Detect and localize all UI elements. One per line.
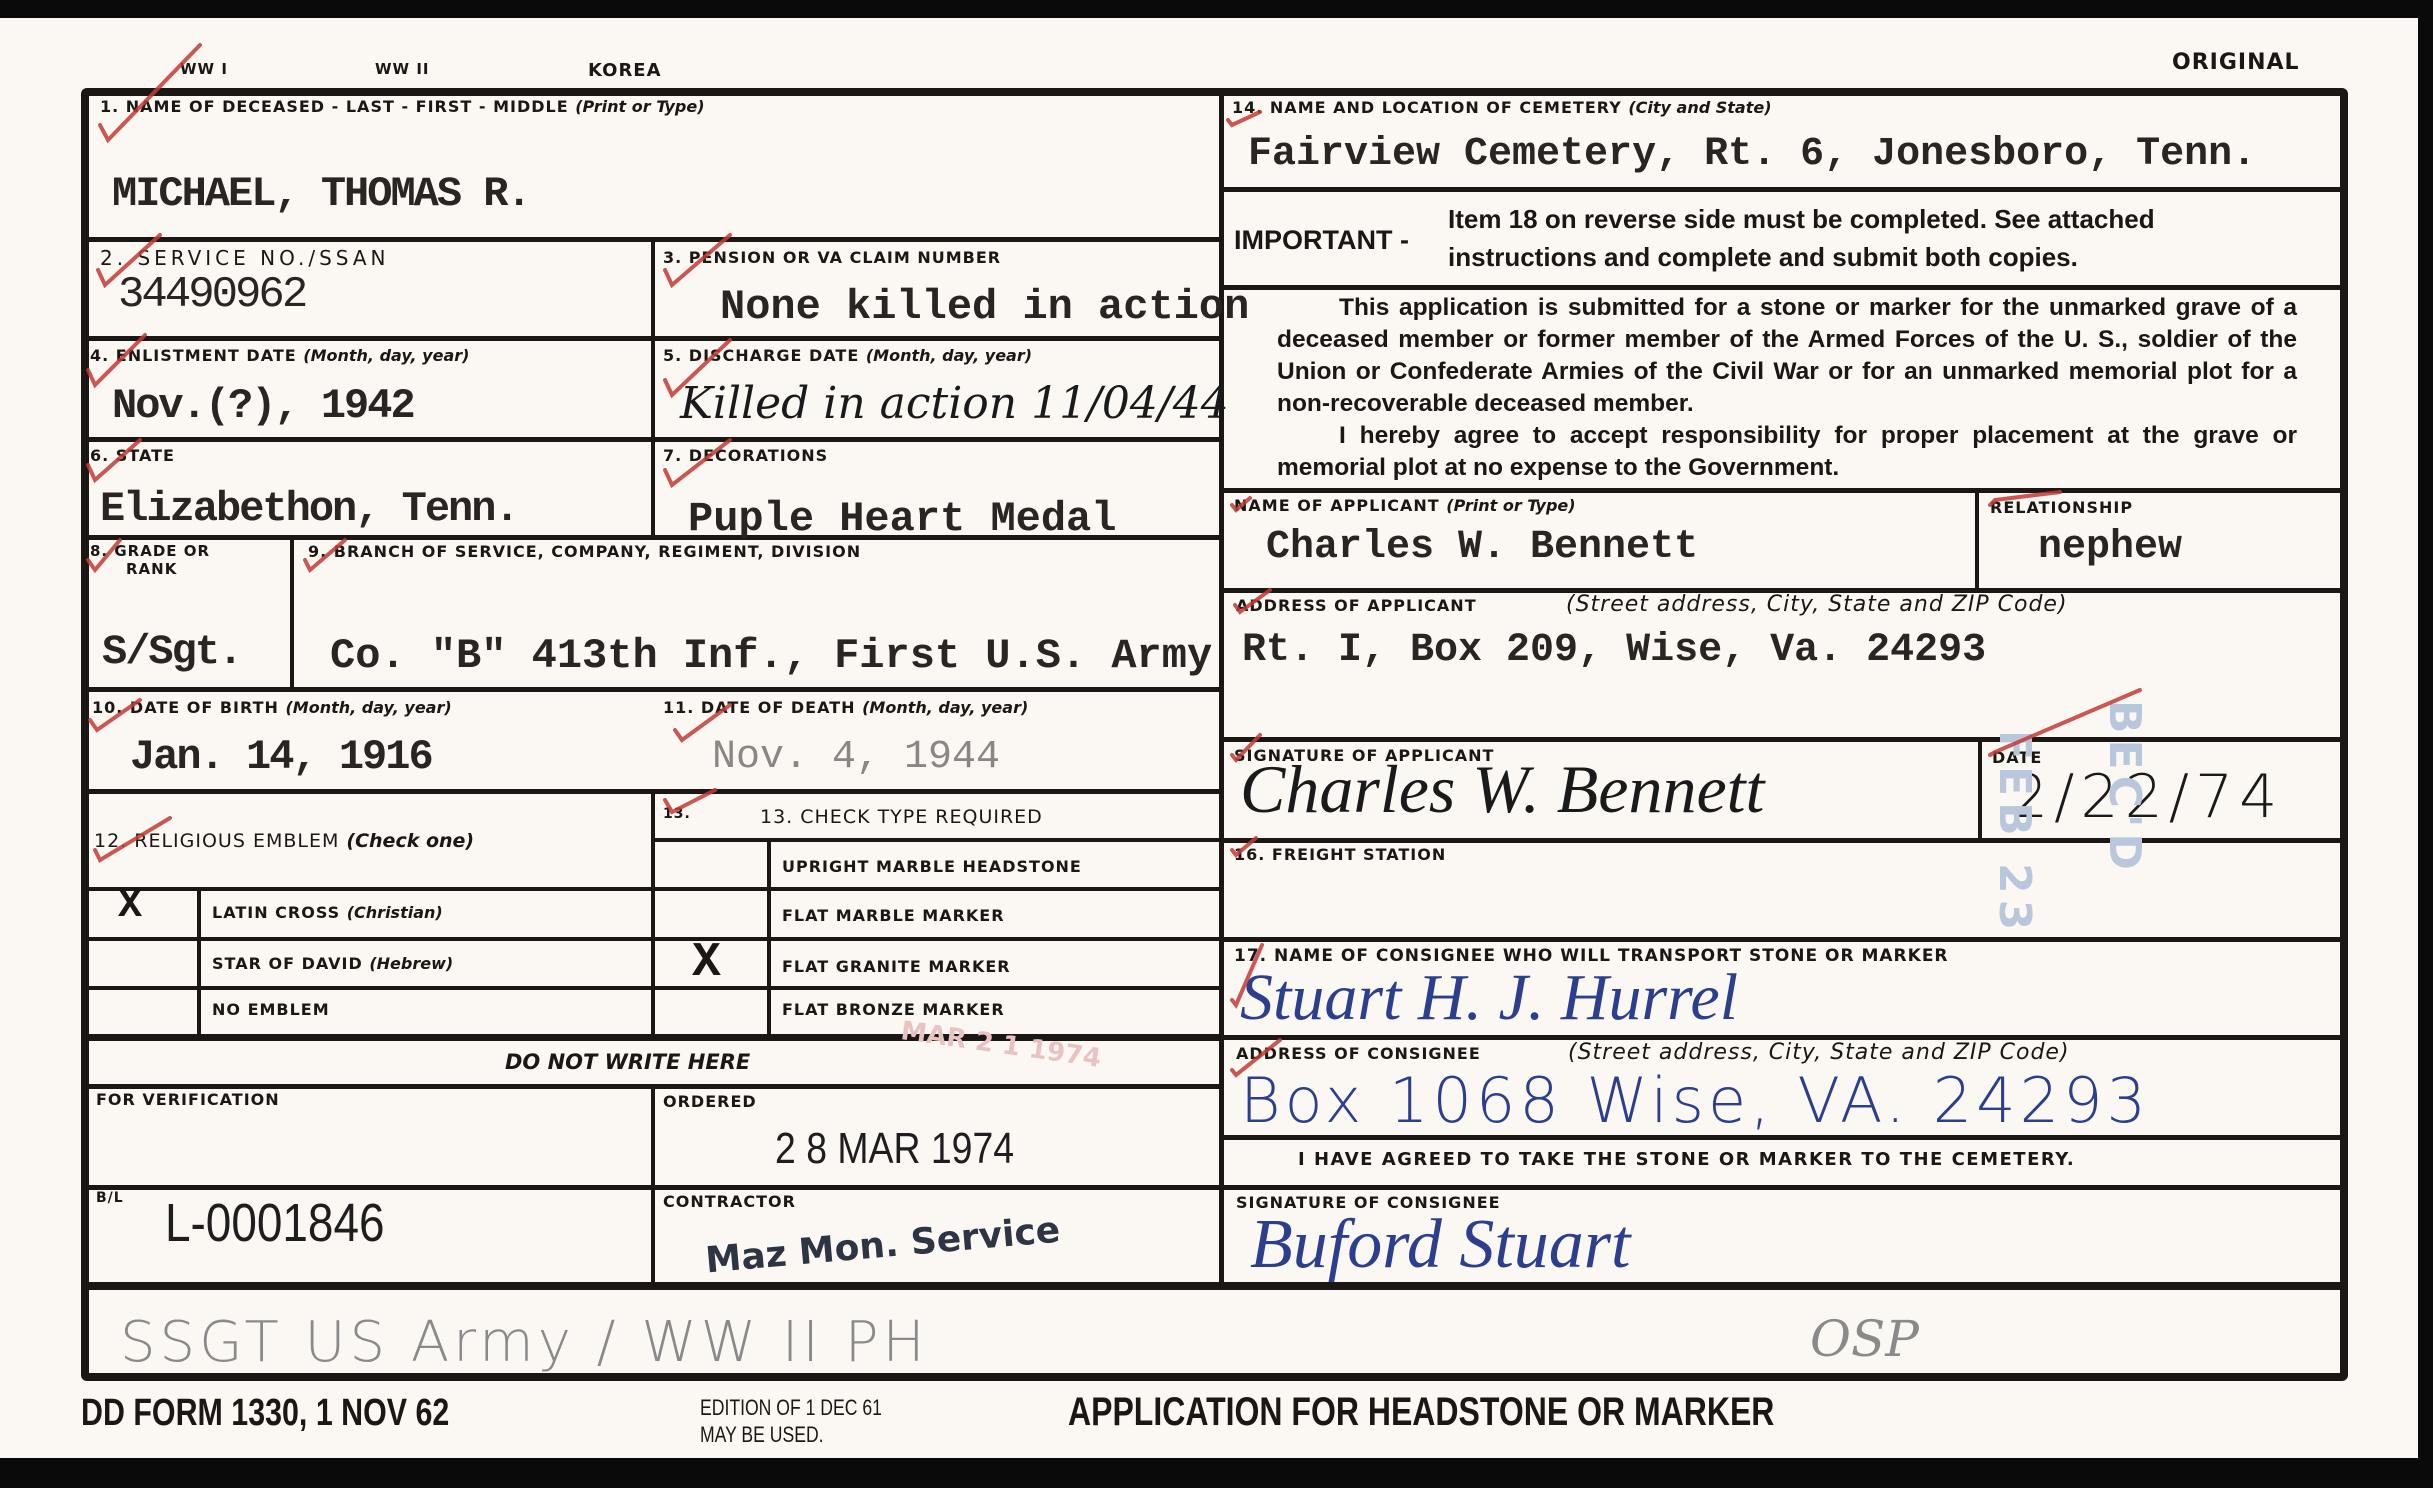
red-check-marks	[0, 0, 2433, 1488]
form-number: DD FORM 1330, 1 NOV 62	[81, 1392, 449, 1435]
edition-note-2: MAY BE USED.	[700, 1422, 824, 1448]
form-title: APPLICATION FOR HEADSTONE OR MARKER	[1068, 1390, 1774, 1435]
edition-note-1: EDITION OF 1 DEC 61	[700, 1395, 882, 1421]
